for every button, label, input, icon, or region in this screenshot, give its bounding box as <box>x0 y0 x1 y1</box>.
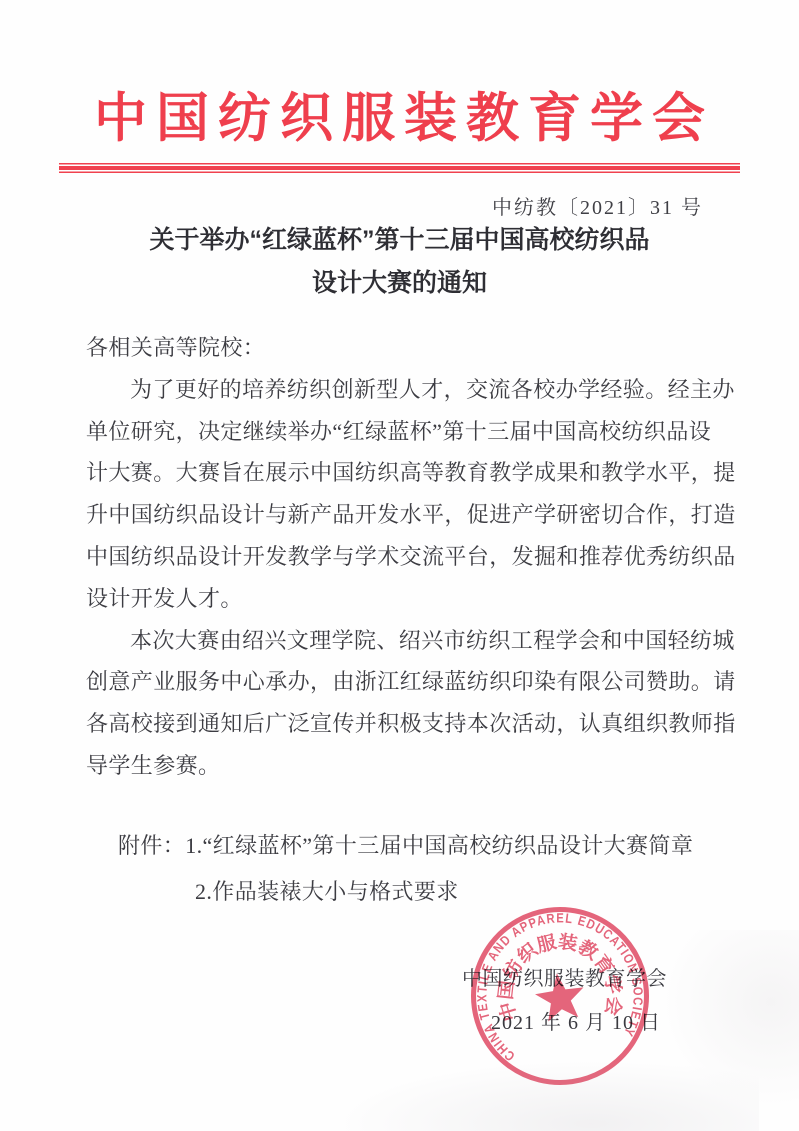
body-line: 中国纺织品设计开发教学与学术交流平台，发掘和推荐优秀纺织品 <box>86 536 734 578</box>
document-title-line2: 设计大赛的通知 <box>0 262 799 305</box>
body-line: 导学生参赛。 <box>86 745 734 787</box>
salutation: 各相关高等院校： <box>86 327 734 369</box>
body-line: 各高校接到通知后广泛宣传并积极支持本次活动，认真组织教师指 <box>86 703 734 745</box>
document-number: 中纺教〔2021〕31 号 <box>492 191 703 220</box>
seal-star-icon <box>533 970 588 1023</box>
body-line: 本次大赛由绍兴文理学院、绍兴市纺织工程学会和中国轻纺城 <box>86 620 734 662</box>
body-line: 升中国纺织品设计与新产品开发水平，促进产学研密切合作，打造 <box>86 494 734 536</box>
body-line: 单位研究，决定继续举办“红绿蓝杯”第十三届中国高校纺织品设 <box>86 411 734 453</box>
attachment-item-1: 附件：1.“红绿蓝杯”第十三届中国高校纺织品设计大赛简章 <box>118 823 693 869</box>
letterhead-divider-rule <box>59 163 740 173</box>
official-seal-stamp: CHINA TEXTILE AND APPAREL EDUCATION SOCI… <box>456 892 664 1100</box>
scan-artifact-shading <box>659 930 799 1110</box>
body-line: 设计开发人才。 <box>86 578 734 620</box>
body-line: 计大赛。大赛旨在展示中国纺织高等教育教学成果和教学水平，提 <box>86 452 734 494</box>
letter-body: 各相关高等院校： 为了更好的培养纺织创新型人才，交流各校办学经验。经主办 单位研… <box>86 327 734 787</box>
document-title: 关于举办“红绿蓝杯”第十三届中国高校纺织品 设计大赛的通知 <box>0 219 799 305</box>
scanned-letter-page: 中国纺织服装教育学会 中纺教〔2021〕31 号 关于举办“红绿蓝杯”第十三届中… <box>0 0 799 1131</box>
letterhead-title: 中国纺织服装教育学会 <box>0 76 799 152</box>
body-line: 创意产业服务中心承办，由浙江红绿蓝纺织印染有限公司赞助。请 <box>86 661 734 703</box>
document-title-line1: 关于举办“红绿蓝杯”第十三届中国高校纺织品 <box>0 219 799 262</box>
body-line: 为了更好的培养纺织创新型人才，交流各校办学经验。经主办 <box>86 369 734 411</box>
